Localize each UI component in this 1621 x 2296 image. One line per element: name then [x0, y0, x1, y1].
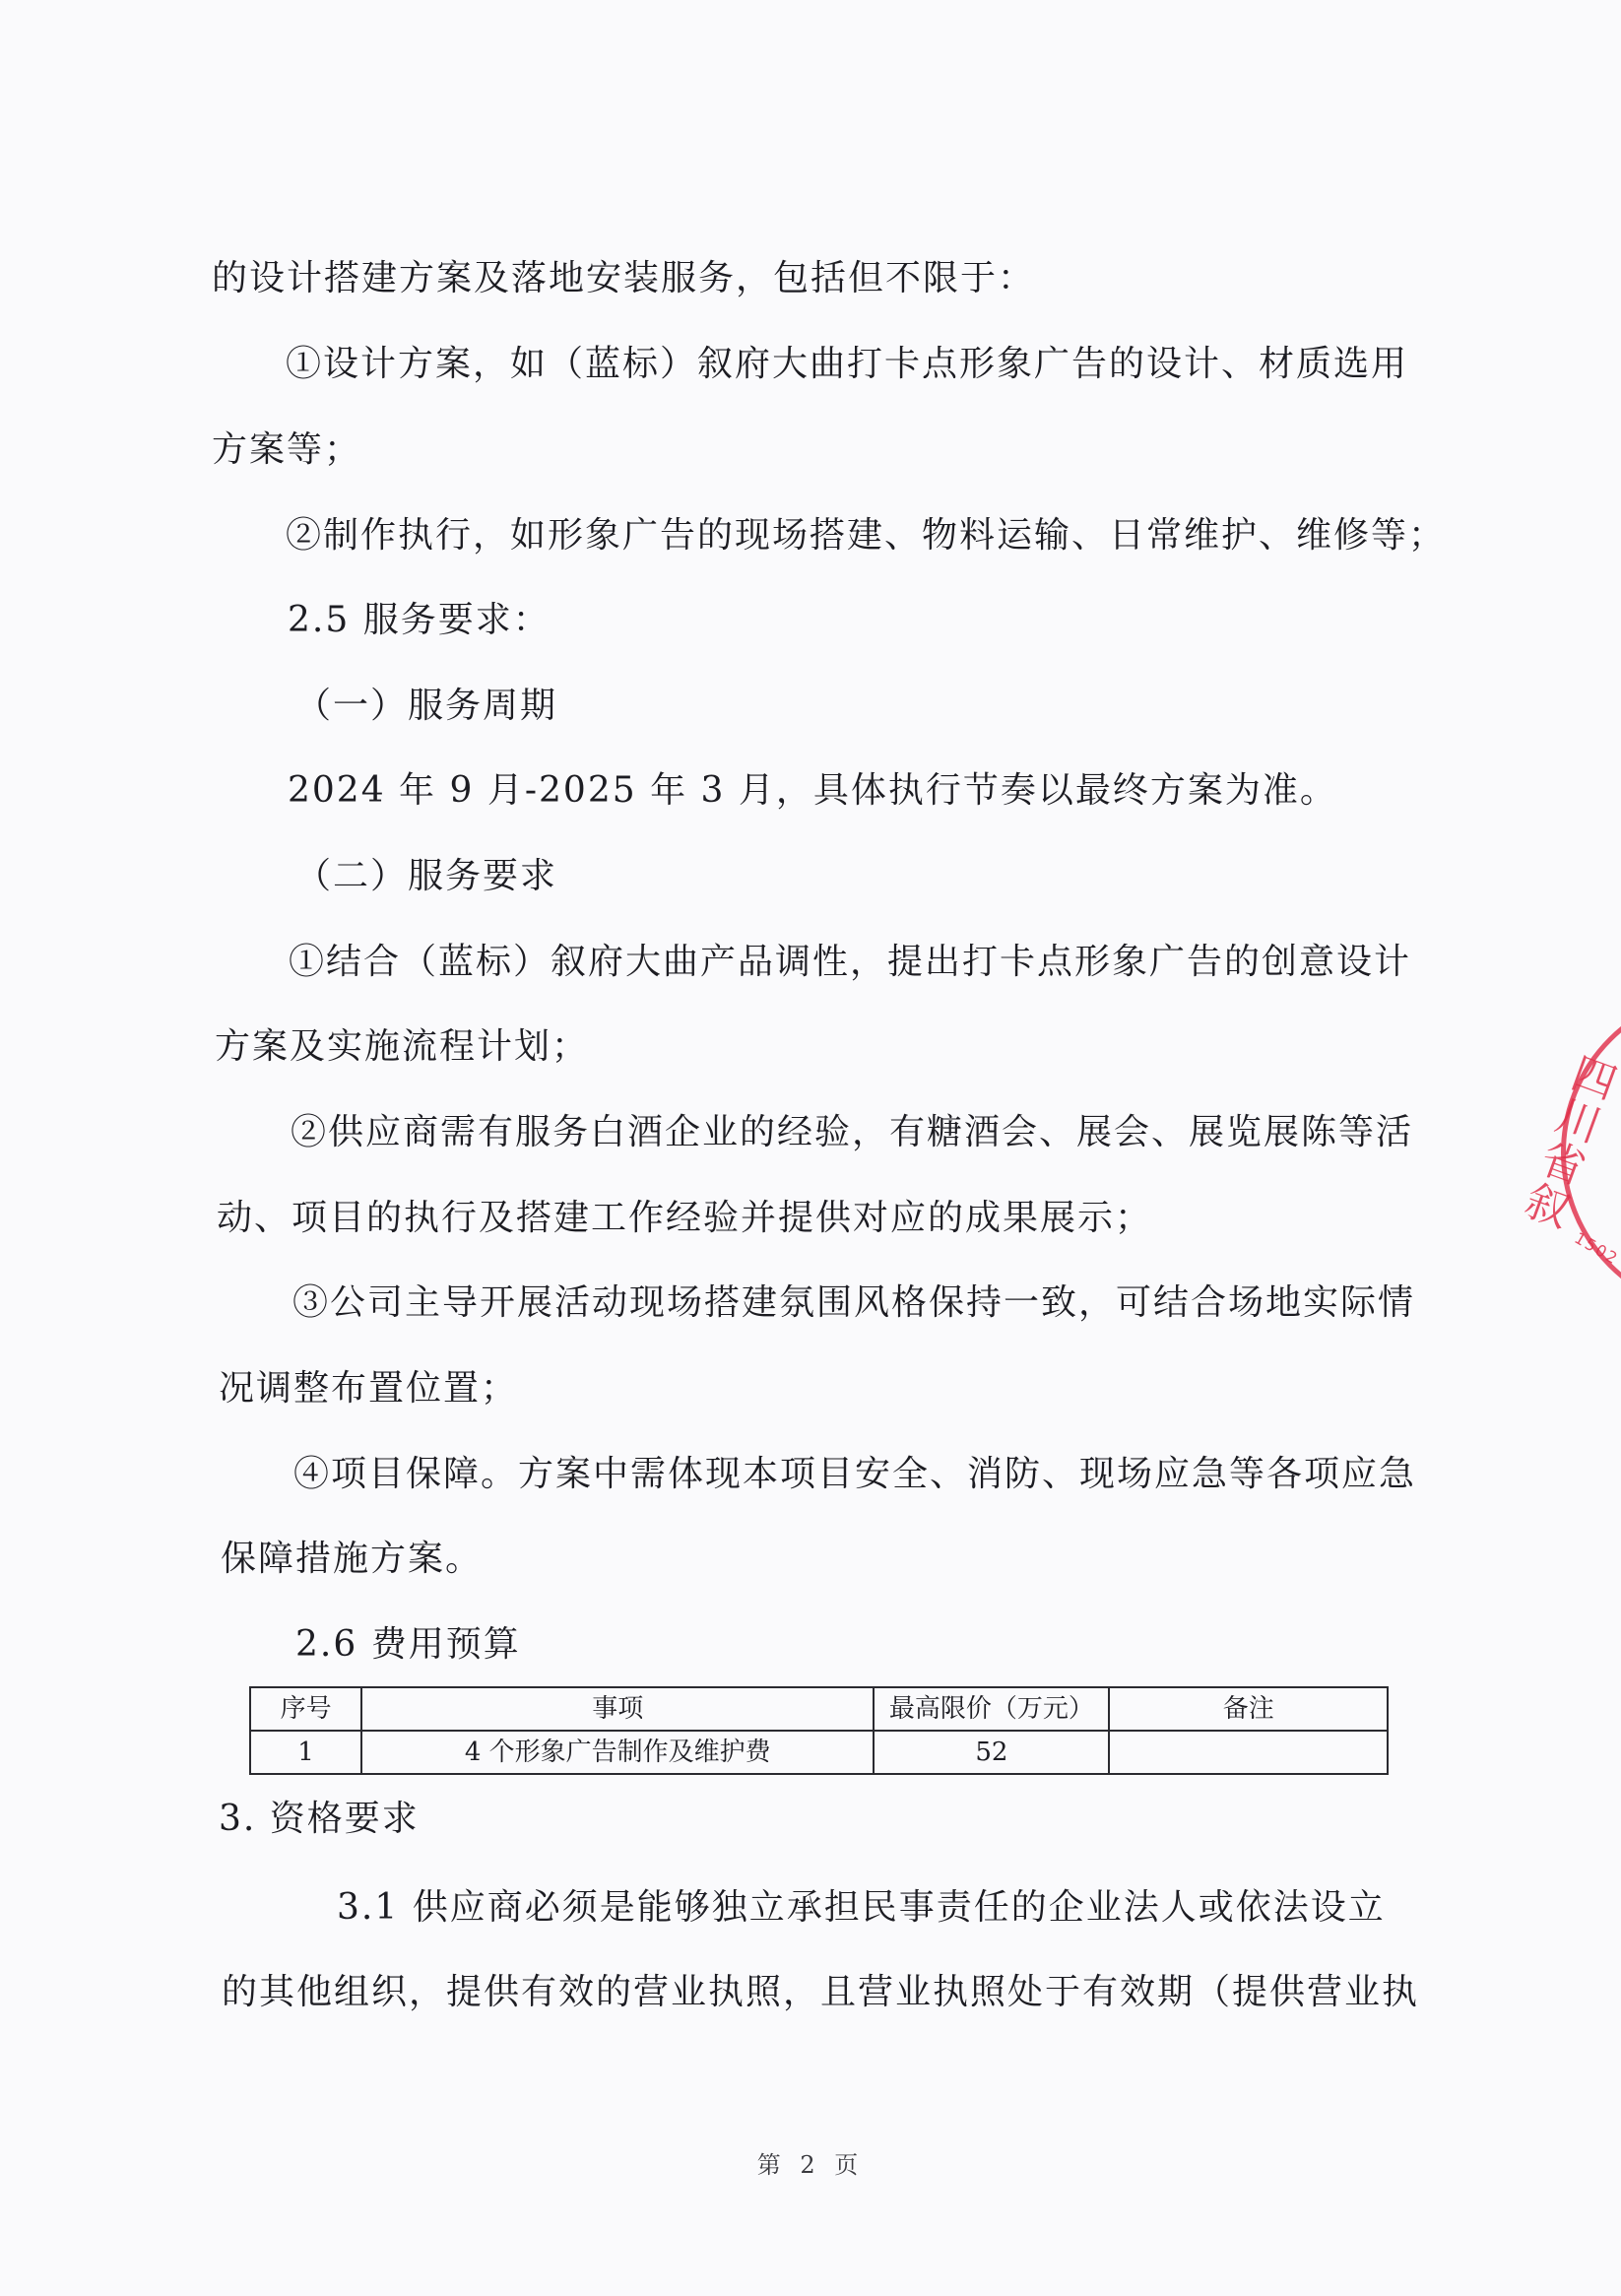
paragraph-line: 保障措施方案。 — [221, 1538, 483, 1581]
column-header-item: 事项 — [361, 1687, 874, 1731]
document-page: 的设计搭建方案及落地安装服务，包括但不限于： ①设计方案，如（蓝标）叙府大曲打卡… — [0, 0, 1621, 2296]
section-heading-2-6: 2.6 费用预算 — [295, 1623, 521, 1667]
requirement-item-4: ④项目保障。方案中需体现本项目安全、消防、现场应急等各项应急 — [293, 1453, 1416, 1496]
section-heading-3: 3. 资格要求 — [219, 1798, 420, 1841]
paragraph-line: 的其他组织，提供有效的营业执照，且营业执照处于有效期（提供营业执 — [222, 1971, 1419, 2014]
requirement-item-1: ①结合（蓝标）叙府大曲产品调性，提出打卡点形象广告的创意设计 — [289, 941, 1411, 984]
column-header-max-price: 最高限价（万元） — [874, 1687, 1109, 1731]
paragraph-line: 的设计搭建方案及落地安装服务，包括但不限于： — [212, 257, 1035, 300]
list-item-production: ②制作执行，如形象广告的现场搭建、物料运输、日常维护、维修等； — [286, 514, 1446, 558]
subheading-service-period: （一）服务周期 — [295, 685, 557, 728]
table-header-row: 序号 事项 最高限价（万元） 备注 — [250, 1687, 1388, 1731]
cell-note — [1109, 1731, 1388, 1774]
cell-max-price: 52 — [874, 1731, 1109, 1774]
page-number: 第 2 页 — [0, 2145, 1621, 2180]
subheading-service-requirements: （二）服务要求 — [295, 855, 557, 898]
section-heading-2-5: 2.5 服务要求： — [288, 599, 551, 642]
paragraph-line: 况调整布置位置； — [219, 1367, 518, 1410]
paragraph-line: 方案及实施流程计划； — [215, 1025, 589, 1069]
paragraph-line: 动、项目的执行及搭建工作经验并提供对应的成果展示； — [217, 1197, 1152, 1240]
table-row: 1 4 个形象广告制作及维护费 52 — [250, 1731, 1388, 1774]
requirement-item-2: ②供应商需有服务白酒企业的经验，有糖酒会、展会、展览展陈等活 — [291, 1111, 1413, 1154]
budget-table: 序号 事项 最高限价（万元） 备注 1 4 个形象广告制作及维护费 52 — [249, 1686, 1389, 1775]
list-item-design-plan: ①设计方案，如（蓝标）叙府大曲打卡点形象广告的设计、材质选用 — [286, 343, 1408, 386]
column-header-note: 备注 — [1109, 1687, 1388, 1731]
paragraph-line: 方案等； — [212, 428, 361, 472]
requirement-item-3: ③公司主导开展活动现场搭建氛围风格保持一致，可结合场地实际情 — [292, 1281, 1415, 1325]
service-period-text: 2024 年 9 月-2025 年 3 月，具体执行节奏以最终方案为准。 — [288, 769, 1337, 813]
column-header-no: 序号 — [250, 1687, 361, 1731]
qualification-3-1: 3.1 供应商必须是能够独立承担民事责任的企业法人或依法设立 — [337, 1886, 1386, 1930]
cell-item: 4 个形象广告制作及维护费 — [361, 1731, 874, 1774]
cell-no: 1 — [250, 1731, 361, 1774]
